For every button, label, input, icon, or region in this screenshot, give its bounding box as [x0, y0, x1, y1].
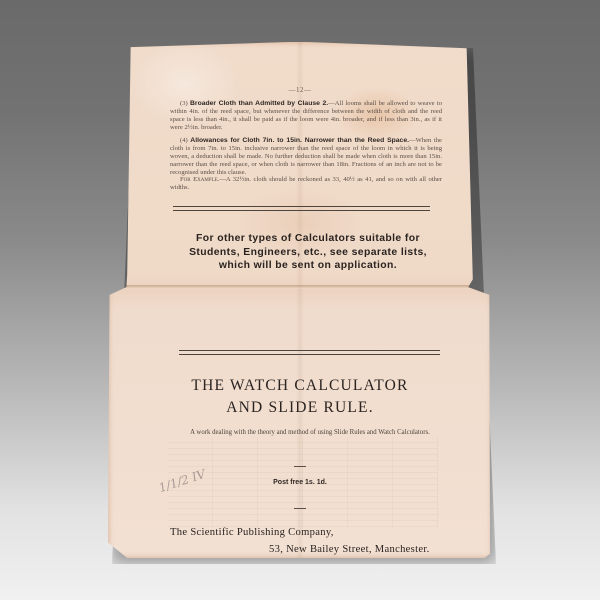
- clause-4: (4) Allowances for Cloth 7in. to 15in. N…: [170, 137, 442, 177]
- document-leaflet: —12— (3) Broader Cloth than Admitted by …: [108, 42, 492, 558]
- title-line-2: AND SLIDE RULE.: [108, 397, 492, 419]
- clause-heading: Broader Cloth than Admitted by Clause 2.: [190, 100, 328, 107]
- clause-number: (3): [180, 100, 188, 107]
- example-label: For Example.: [180, 176, 219, 183]
- clause-3: (3) Broader Cloth than Admitted by Claus…: [170, 100, 442, 132]
- short-rule: [294, 466, 306, 467]
- example-paragraph: For Example.—A 32½in. cloth should be re…: [170, 176, 442, 192]
- page-number: —12—: [108, 86, 492, 94]
- divider-rule: [173, 206, 430, 211]
- publisher-address: 53, New Bailey Street, Manchester.: [269, 544, 430, 555]
- divider-rule: [179, 350, 440, 355]
- clause-heading: Allowances for Cloth 7in. to 15in. Narro…: [190, 137, 409, 144]
- clause-number: (4): [180, 137, 188, 144]
- leaflet-content: —12— (3) Broader Cloth than Admitted by …: [108, 42, 492, 558]
- book-subtitle: A work dealing with the theory and metho…: [168, 426, 452, 439]
- book-title: THE WATCH CALCULATOR AND SLIDE RULE.: [108, 375, 492, 419]
- title-line-1: THE WATCH CALCULATOR: [108, 375, 492, 397]
- calculators-notice: For other types of Calculators suitable …: [188, 232, 428, 273]
- short-rule: [294, 508, 306, 509]
- publisher-name: The Scientific Publishing Company,: [170, 527, 334, 538]
